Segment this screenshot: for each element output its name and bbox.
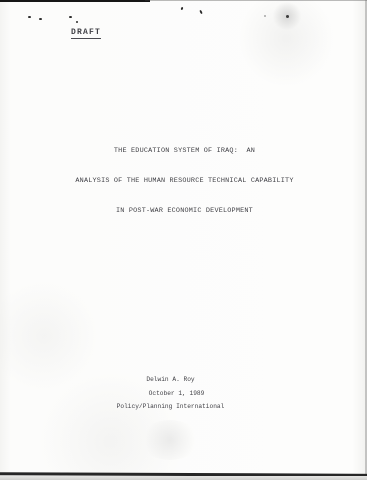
scan-edge-top [0,0,150,2]
ink-speck [39,18,42,20]
title-line-1: THE EDUCATION SYSTEM OF IRAQ: AN [1,146,367,156]
document-title: THE EDUCATION SYSTEM OF IRAQ: AN ANALYSI… [1,126,367,236]
ink-speck [181,7,184,11]
ink-speck [264,15,266,17]
ink-speck [28,16,31,18]
title-line-2: ANALYSIS OF THE HUMAN RESOURCE TECHNICAL… [1,176,367,186]
document-date: October 1, 1989 [0,390,360,397]
ink-speck [199,10,203,14]
scan-smudge [272,2,302,30]
draft-stamp: DRAFT [71,28,101,39]
author-affiliation: Policy/Planning International [0,402,354,411]
scan-edge-top-faint [145,0,367,1]
title-line-3: IN POST-WAR ECONOMIC DEVELOPMENT [1,206,367,216]
ink-speck [76,21,78,23]
scan-edge-bottom-shadow [0,476,367,480]
author-name: Delwin A. Roy [0,375,354,384]
ink-speck [69,16,72,18]
scanned-document-page: DRAFT THE EDUCATION SYSTEM OF IRAQ: AN A… [0,0,367,480]
